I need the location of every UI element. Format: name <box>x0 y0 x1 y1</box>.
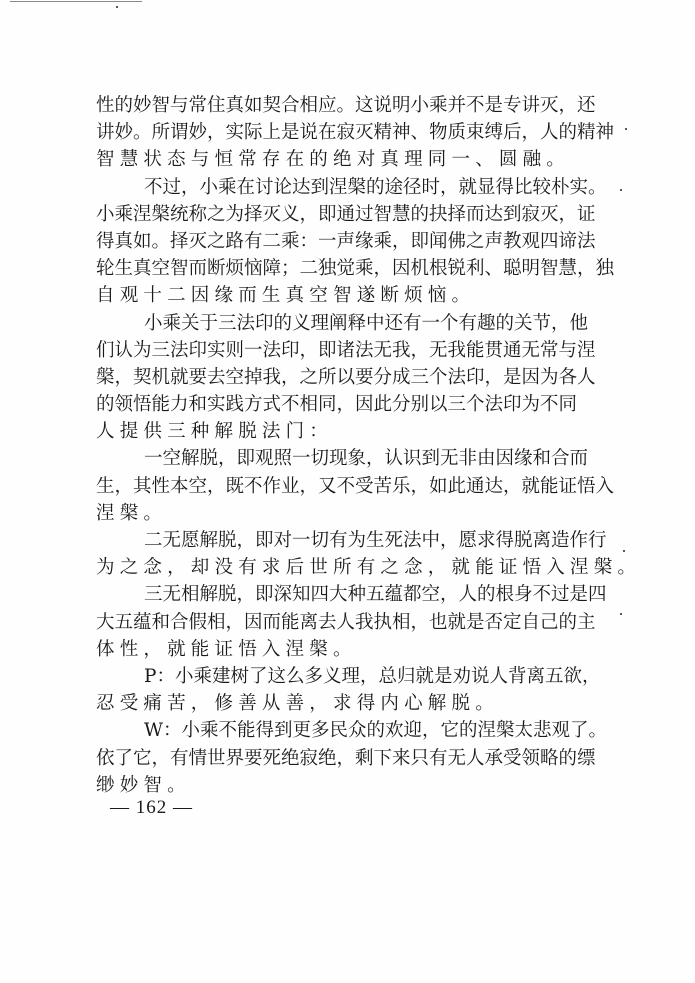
scan-speck <box>620 189 622 191</box>
text-line: 大五蕴和合假相，因而能离去人我执相，也就是否定自己的主 <box>96 609 554 636</box>
top-edge-rule <box>10 1 142 2</box>
text-line: 生，其性本空，既不作业，又不受苦乐，如此通达，就能证悟入 <box>96 473 554 500</box>
scan-speck <box>623 550 625 552</box>
text-line: 性的妙智与常住真如契合相应。这说明小乘并不是专讲灭，还 <box>96 92 554 119</box>
scan-speck <box>116 6 118 8</box>
paragraph: 三无相解脱，即深知四大种五蕴都空，人的根身不过是四 大五蕴和合假相，因而能离去人… <box>96 581 554 663</box>
paragraph: 不过，小乘在讨论达到涅槃的途径时，就显得比较朴实。 小乘涅槃统称之为择灭义，即通… <box>96 174 554 310</box>
text-line: 得真如。择灭之路有二乘：一声缘乘，即闻佛之声教观四谛法 <box>96 228 554 255</box>
text-line: 涅槃。 <box>96 500 554 527</box>
text-line: 忍受痛苦，修善从善，求得内心解脱。 <box>96 690 554 717</box>
paragraph: 小乘关于三法印的义理阐释中还有一个有趣的关节，他 们认为三法印实则一法印，即诸法… <box>96 310 554 446</box>
paragraph: 二无愿解脱，即对一切有为生死法中，愿求得脱离造作行 为之念，却没有求后世所有之念… <box>96 527 554 581</box>
text-line: 小乘涅槃统称之为择灭义，即通过智慧的抉择而达到寂灭，证 <box>96 201 554 228</box>
text-line: 三无相解脱，即深知四大种五蕴都空，人的根身不过是四 <box>96 581 554 608</box>
text-line: P：小乘建树了这么多义理，总归就是劝说人背离五欲， <box>96 663 554 690</box>
scan-speck <box>625 128 627 130</box>
page-body: 性的妙智与常住真如契合相应。这说明小乘并不是专讲灭，还 讲妙。所谓妙，实际上是说… <box>96 92 554 799</box>
text-line: 讲妙。所谓妙，实际上是说在寂灭精神、物质束缚后，人的精神 <box>96 119 554 146</box>
paragraph: 一空解脱，即观照一切现象，认识到无非由因缘和合而 生，其性本空，既不作业，又不受… <box>96 445 554 527</box>
text-line: 小乘关于三法印的义理阐释中还有一个有趣的关节，他 <box>96 310 554 337</box>
text-line: 人提供三种解脱法门： <box>96 418 554 445</box>
paragraph: P：小乘建树了这么多义理，总归就是劝说人背离五欲， 忍受痛苦，修善从善，求得内心… <box>96 663 554 717</box>
text-line: 槃，契机就要去空掉我，之所以要分成三个法印，是因为各人 <box>96 364 554 391</box>
text-line: 自观十二因缘而生真空智遂断烦恼。 <box>96 282 554 309</box>
text-line: 智慧状态与恒常存在的绝对真理同一、圆融。 <box>96 146 554 173</box>
text-line: 的领悟能力和实践方式不相同，因此分别以三个法印为不同 <box>96 391 554 418</box>
paragraph: 性的妙智与常住真如契合相应。这说明小乘并不是专讲灭，还 讲妙。所谓妙，实际上是说… <box>96 92 554 174</box>
page-number: — 162 — <box>110 797 193 819</box>
text-line: 一空解脱，即观照一切现象，认识到无非由因缘和合而 <box>96 445 554 472</box>
scan-speck <box>620 613 622 615</box>
text-line: W：小乘不能得到更多民众的欢迎，它的涅槃太悲观了。 <box>96 717 554 744</box>
text-line: 不过，小乘在讨论达到涅槃的途径时，就显得比较朴实。 <box>96 174 554 201</box>
text-line: 轮生真空智而断烦恼障；二独觉乘，因机根锐利、聪明智慧，独 <box>96 255 554 282</box>
text-line: 依了它，有情世界要死绝寂绝，剩下来只有无人承受领略的缥 <box>96 745 554 772</box>
text-line: 缈妙智。 <box>96 772 554 799</box>
text-line: 二无愿解脱，即对一切有为生死法中，愿求得脱离造作行 <box>96 527 554 554</box>
paragraph: W：小乘不能得到更多民众的欢迎，它的涅槃太悲观了。 依了它，有情世界要死绝寂绝，… <box>96 717 554 799</box>
text-line: 们认为三法印实则一法印，即诸法无我，无我能贯通无常与涅 <box>96 337 554 364</box>
text-line: 为之念，却没有求后世所有之念，就能证悟入涅槃。 <box>96 554 554 581</box>
text-line: 体性，就能证悟入涅槃。 <box>96 636 554 663</box>
